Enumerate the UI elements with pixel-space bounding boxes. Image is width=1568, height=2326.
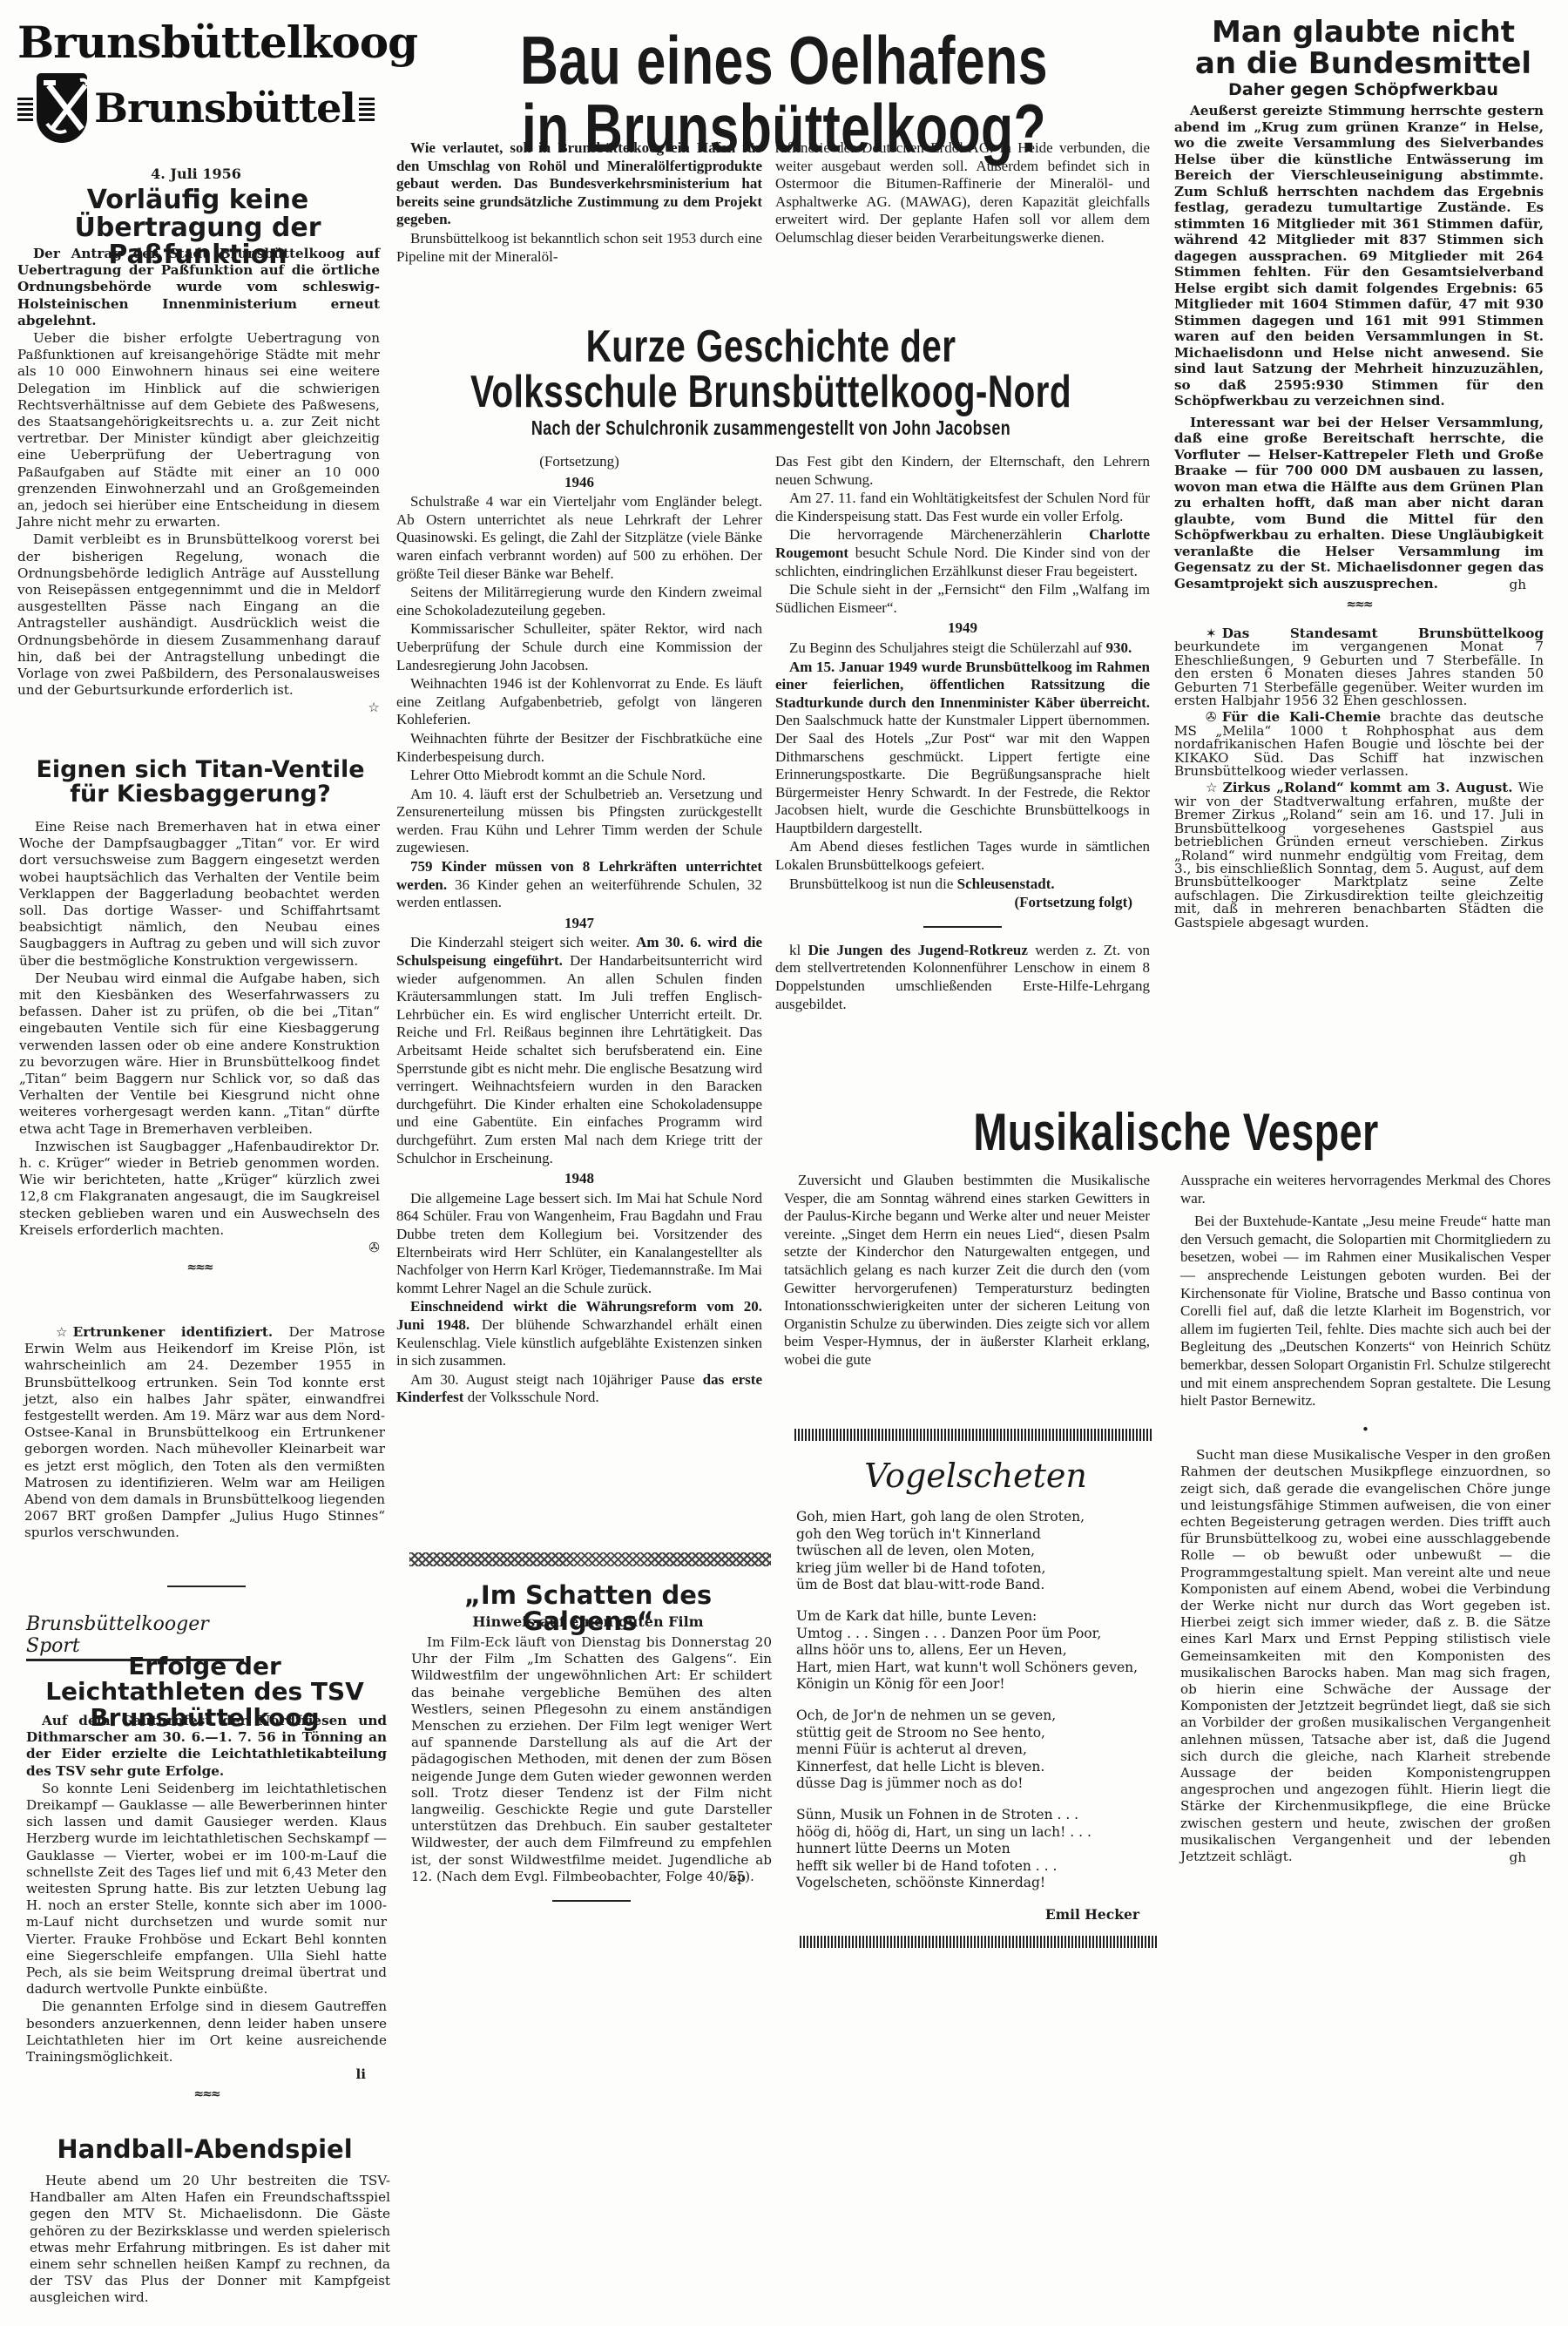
school-paragraph: Seitens der Militärregierung wurde den K… [396,584,762,619]
school-paragraph: Die allgemeine Lage bessert sich. Im Mai… [396,1190,762,1298]
headline-school-line1: Kurze Geschichte der [428,324,1114,369]
signature: li [26,2066,387,2083]
article-school-col1: (Fortsetzung) 1946 Schulstraße 4 war ein… [396,453,762,1408]
divider [552,1900,631,1902]
school-paragraph: Kommissarischer Schulleiter, später Rekt… [396,620,762,674]
issue-date: 4. Juli 1956 [17,166,375,182]
brief-redcross-lead: Die Jungen des Jugend-Rotkreuz [808,942,1028,958]
article-titan-paragraph: Inzwischen ist Saugbagger „Hafenbaudirek… [19,1139,380,1239]
article-pass-lead: Der Antrag der Stadt Brunsbüttelkoog auf… [17,246,380,329]
headline-school: Kurze Geschichte der Volksschule Brunsbü… [428,324,1114,415]
year-heading-1947: 1947 [396,915,762,933]
year-heading-1948: 1948 [396,1170,762,1188]
article-funds: Aeußerst gereizte Stimmung herrschte ges… [1174,103,1544,616]
school-highlight: Am 15. Januar 1949 wurde Brunsbüttelkoog… [775,659,1150,711]
wave-ornament-icon: ≈≈≈ [1174,597,1544,613]
divider [167,1586,246,1587]
school-paragraph: Schulstraße 4 war ein Vierteljahr vom En… [396,493,762,583]
masthead: Brunsbüttelkoog Brunsbüttel [17,17,375,166]
banner-left-icon [17,95,33,121]
headline-funds-line2: an die Bundesmittel [1176,49,1551,80]
star-icon: ☆ [40,1324,68,1341]
headline-titan: Eignen sich Titan-Ventile für Kiesbagger… [26,758,375,808]
headline-vesper: Musikalische Vesper [870,1106,1482,1159]
brief-drowned-lead: Ertrunkener identifiziert. [73,1324,274,1340]
article-oil-text-continued: raffinerie der Deutschen Erdöl-AG. in He… [775,139,1150,247]
school-paragraph: Am Abend dieses festlichen Tages wurde i… [775,838,1150,874]
article-pass: Der Antrag der Stadt Brunsbüttelkoog auf… [17,246,380,717]
headline-handball: Handball-Abendspiel [26,2136,383,2162]
poem-title: Vogelscheten [784,1457,1167,1495]
wave-ornament-icon: ≈≈≈ [19,1260,380,1276]
school-paragraph: Weihnachten führte der Besitzer der Fisc… [396,730,762,766]
poem-author: Emil Hecker [796,1906,1162,1924]
article-titan: Eine Reise nach Bremerhaven hat in etwa … [19,819,380,1280]
article-titan-paragraph: Der Neubau wird einmal die Aufgabe haben… [19,970,380,1138]
school-paragraph: Lehrer Otto Miebrodt kommt an die Schule… [396,767,762,785]
wave-ornament-icon: ≈≈≈ [26,2086,387,2103]
year-heading-1949: 1949 [775,619,1150,638]
wave-border-ornament [409,1552,771,1566]
headline-funds-line1: Man glaubte nicht [1176,17,1551,49]
poem-stanza: Och, de Jor'n de nehmen un se geven, stü… [796,1707,1162,1793]
article-vesper-col2: Aussprache ein weiteres hervorragendes M… [1180,1172,1551,1411]
article-sport-lead: Auf dem Gauturnfest der Nordfriesen und … [26,1713,387,1780]
article-titan-paragraph: Eine Reise nach Bremerhaven hat in etwa … [19,819,380,970]
continuation-label: (Fortsetzung) [396,453,762,471]
article-sport-paragraph: So konnte Leni Seidenberg im leichtathle… [26,1781,387,1998]
brief-drowned: ☆Ertrunkener identifiziert. Der Matrose … [24,1324,385,1543]
to-be-continued: (Fortsetzung folgt) [775,894,1150,912]
article-vesper-col1: Zuversicht und Glauben bestimmten die Mu… [784,1172,1150,1370]
article-handball-text: Heute abend um 20 Uhr bestreiten die TSV… [30,2173,390,2307]
article-oil-col2: raffinerie der Deutschen Erdöl-AG. in He… [775,139,1150,248]
masthead-title-line2: Brunsbüttel [94,86,355,130]
brief-drowned-text: Der Matrose Erwin Welm aus Heikendorf im… [24,1324,385,1540]
article-school-col2: Das Fest gibt den Kindern, der Elternsch… [775,453,1150,1014]
divider [923,926,1002,928]
masthead-title-line1: Brunsbüttelkoog [17,17,375,68]
headline-school-line2: Volksschule Brunsbüttelkoog-Nord [428,369,1114,415]
subhead-school: Nach der Schulchronik zusammengestellt v… [428,418,1114,438]
school-paragraph: Am 27. 11. fand ein Wohltätigkeitsfest d… [775,490,1150,525]
subhead-film: Hinweis auf einen guten Film [401,1613,775,1630]
brief-registry: ✶Das Standesamt Brunsbüttelkoog beurkund… [1174,627,1544,930]
hatched-rule-bottom [800,1936,1159,1948]
article-pass-paragraph: Damit verbleibt es in Brunsbüttelkoog vo… [17,531,380,699]
article-sport-paragraph: Die genannten Erfolge sind in diesem Gau… [26,1998,387,2066]
article-film: Im Film-Eck läuft von Dienstag bis Donne… [411,1634,772,1916]
poem: Goh, mien Hart, goh lang de olen Stroten… [796,1509,1162,1923]
school-paragraph: Weihnachten 1946 ist der Kohlenvorrat zu… [396,675,762,729]
poem-stanza: Um de Kark dat hille, bunte Leven: Umtog… [796,1608,1162,1694]
star-mark-icon: ☆ [17,700,380,716]
year-heading-1946: 1946 [396,474,762,492]
headline-oil-line1: Bau eines Oelhafens [444,26,1124,94]
author-mark-icon: ✇ [19,1240,380,1256]
article-vesper-text: Zuversicht und Glauben bestimmten die Mu… [784,1172,1150,1369]
article-handball: Heute abend um 20 Uhr bestreiten die TSV… [30,2173,390,2308]
hatched-rule-top [794,1429,1153,1441]
article-vesper-col2-continued: • Sucht man diese Musikalische Vesper in… [1180,1418,1551,1866]
school-paragraph: Am 10. 4. läuft erst der Schulbetrieb an… [396,786,762,857]
article-film-text: Im Film-Eck läuft von Dienstag bis Donne… [411,1634,772,1885]
article-oil-lead: Wie verlautet, soll in Brunsbüttelkoog e… [396,139,762,229]
article-sport: Auf dem Gauturnfest der Nordfriesen und … [26,1713,387,2107]
headline-funds: Man glaubte nicht an die Bundesmittel [1176,17,1551,79]
subhead-funds: Daher gegen Schöpfwerkbau [1176,82,1551,99]
article-pass-paragraph: Ueber die bisher erfolgte Uebertragung v… [17,330,380,531]
school-paragraph: Das Fest gibt den Kindern, der Elternsch… [775,453,1150,489]
article-oil-text: Brunsbüttelkoog ist bekanntlich schon se… [396,230,762,266]
banner-right-icon [359,95,375,121]
bullet-separator-icon: • [1180,1422,1551,1438]
poem-stanza: Sünn, Musik un Fohnen in de Stroten . . … [796,1807,1162,1892]
poem-stanza: Goh, mien Hart, goh lang de olen Stroten… [796,1509,1162,1594]
crest-icon [37,73,87,143]
article-oil-col1: Wie verlautet, soll in Brunsbüttelkoog e… [396,139,762,267]
school-paragraph: Die Schule sieht in der „Fernsicht“ den … [775,581,1150,617]
